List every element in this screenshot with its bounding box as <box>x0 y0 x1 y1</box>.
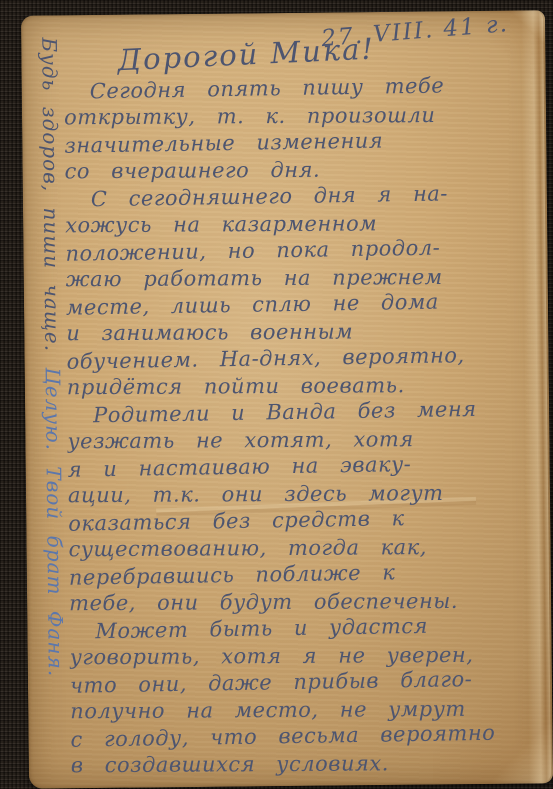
paragraph: Родители и Ванда без меняуезжать не хотя… <box>67 396 537 617</box>
handwritten-line: в создавшихся условиях. <box>71 749 539 779</box>
salutation: Дорогой Мика! <box>117 32 376 78</box>
paragraph: С сегодняшнего дня я на-хожусь на казарм… <box>65 180 535 401</box>
handwritten-line: Сегодня опять пишу тебе <box>64 72 532 105</box>
paragraph: Сегодня опять пишу тебеоткрытку, т. к. п… <box>64 72 533 185</box>
margin-note-text: Будь здоров, пиши чаще. <box>37 37 64 352</box>
margin-note: Будь здоров, пиши чаще. Целую. Твой брат… <box>25 37 79 761</box>
margin-note-signature: Целую. Твой брат Фаня. <box>41 367 68 677</box>
scanned-postcard-photo: { "postcard": { "colors": { "background"… <box>0 0 553 789</box>
paragraph: Может быть и удастсяуговорить, хотя я не… <box>69 612 539 779</box>
postcard-paper: 27. VIII. 41 г. Дорогой Мика! Сегодня оп… <box>21 10 553 788</box>
letter-body: Сегодня опять пишу тебеоткрытку, т. к. п… <box>64 72 539 784</box>
